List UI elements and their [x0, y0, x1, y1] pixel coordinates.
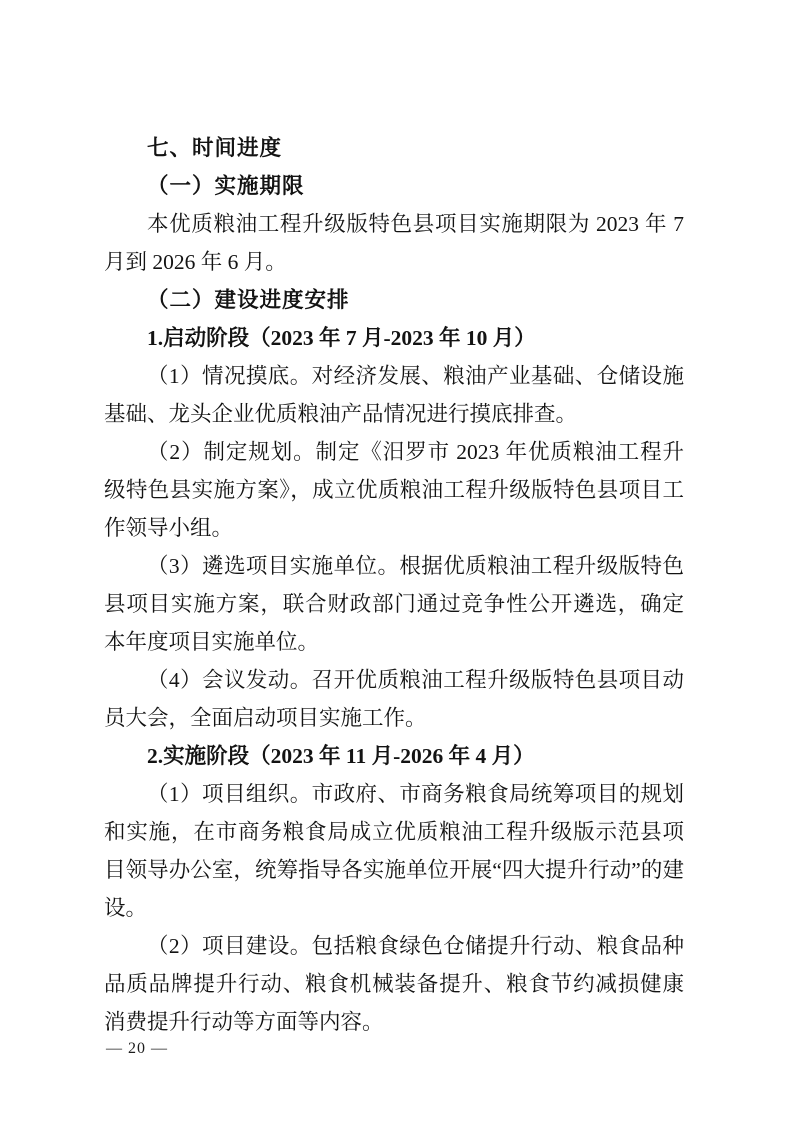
phase-1-step-2: （2）制定规划。制定《汨罗市 2023 年优质粮油工程升级特色县实施方案》，成立…: [104, 433, 684, 547]
phase-2-heading: 2.实施阶段（2023 年 11 月-2026 年 4 月）: [104, 737, 684, 775]
phase-1-step-1: （1）情况摸底。对经济发展、粮油产业基础、仓储设施基础、龙头企业优质粮油产品情况…: [104, 357, 684, 433]
phase-1-heading: 1.启动阶段（2023 年 7 月-2023 年 10 月）: [104, 319, 684, 357]
phase-2-step-2: （2）项目建设。包括粮食绿色仓储提升行动、粮食品种品质品牌提升行动、粮食机械装备…: [104, 927, 684, 1041]
chapter-heading: 七、时间进度: [104, 129, 684, 167]
document-body: 七、时间进度 （一）实施期限 本优质粮油工程升级版特色县项目实施期限为 2023…: [104, 129, 684, 1041]
paragraph-implementation-period: 本优质粮油工程升级版特色县项目实施期限为 2023 年 7 月到 2026 年 …: [104, 205, 684, 281]
section-1-heading: （一）实施期限: [104, 167, 684, 205]
phase-1-step-3: （3）遴选项目实施单位。根据优质粮油工程升级版特色县项目实施方案，联合财政部门通…: [104, 547, 684, 661]
phase-1-step-4: （4）会议发动。召开优质粮油工程升级版特色县项目动员大会，全面启动项目实施工作。: [104, 661, 684, 737]
document-page: 七、时间进度 （一）实施期限 本优质粮油工程升级版特色县项目实施期限为 2023…: [0, 0, 793, 1122]
section-2-heading: （二）建设进度安排: [104, 281, 684, 319]
page-number: — 20 —: [106, 1040, 168, 1058]
phase-2-step-1: （1）项目组织。市政府、市商务粮食局统筹项目的规划和实施，在市商务粮食局成立优质…: [104, 775, 684, 927]
